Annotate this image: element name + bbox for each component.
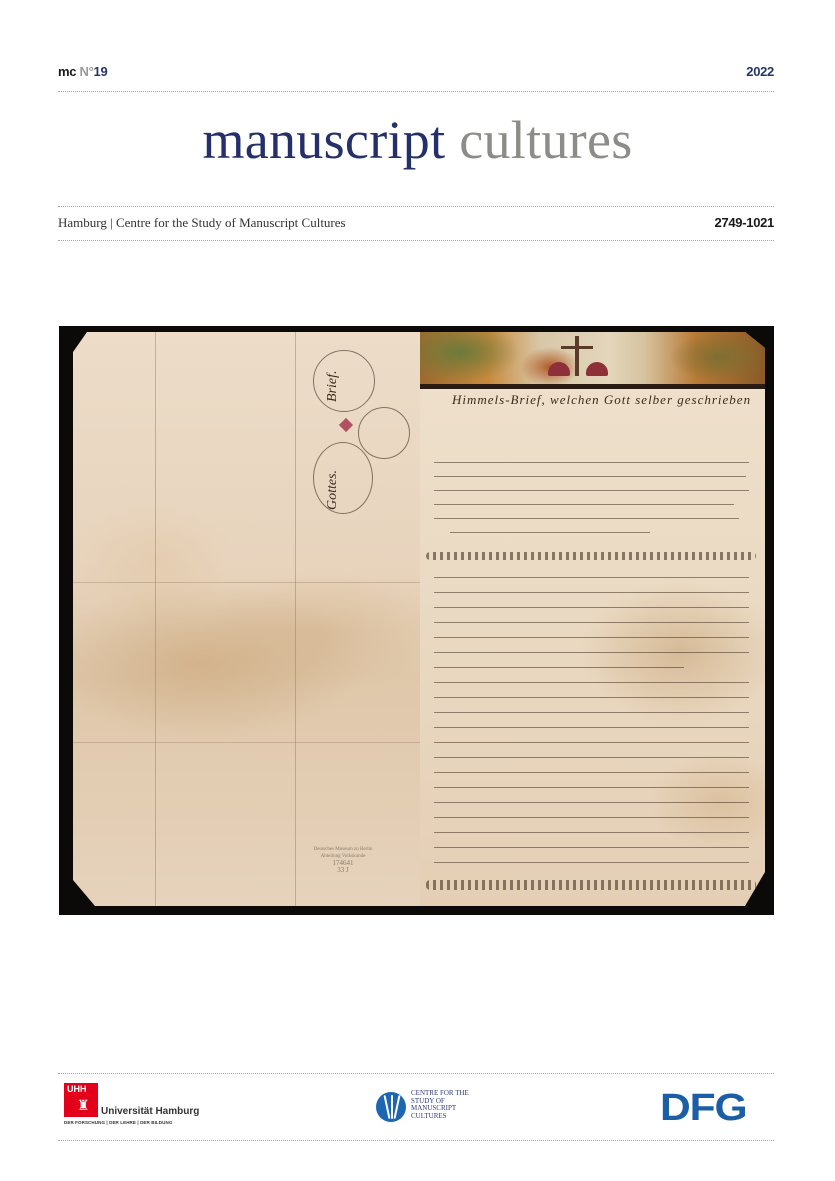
calligraphy-brief: Brief. xyxy=(325,371,341,403)
script-line xyxy=(434,847,749,848)
series-prefix: mc xyxy=(58,64,76,79)
universitat-hamburg-logo: UHH ♜ Universität Hamburg DER FORSCHUNG … xyxy=(64,1083,214,1129)
uhh-name: Universität Hamburg xyxy=(101,1106,199,1117)
manuscript-left-leaf: Gottes. Brief. Deutsches Museum zu Berli… xyxy=(73,332,423,906)
quill-icon xyxy=(391,1095,393,1119)
kneeling-figure-icon xyxy=(548,362,570,376)
calligraphy-gottes: Gottes. xyxy=(325,470,341,510)
script-line xyxy=(434,682,749,683)
script-line xyxy=(434,817,749,818)
script-line xyxy=(434,577,749,578)
script-line xyxy=(434,462,749,463)
script-line xyxy=(434,637,749,638)
cross-icon xyxy=(575,336,579,376)
cover-image-manuscript: Gottes. Brief. Deutsches Museum zu Berli… xyxy=(59,326,774,915)
script-line xyxy=(434,607,749,608)
calligraphic-flourish-icon xyxy=(313,350,375,412)
fold-line xyxy=(295,332,296,906)
quill-pens-icon xyxy=(376,1092,406,1122)
issue-number: 19 xyxy=(94,64,108,79)
manuscript-heading: Himmels-Brief, welchen Gott selber gesch… xyxy=(452,392,751,408)
script-line xyxy=(434,652,749,653)
fold-line xyxy=(73,582,423,583)
uhh-tagline: DER FORSCHUNG | DER LEHRE | DER BILDUNG xyxy=(64,1120,172,1125)
script-line xyxy=(434,772,749,773)
stamp-line: Deutsches Museum zu Berlin xyxy=(298,846,388,853)
castle-icon: ♜ xyxy=(77,1098,90,1112)
uhh-red-box: UHH ♜ xyxy=(64,1083,98,1117)
script-line xyxy=(434,742,749,743)
divider xyxy=(58,240,774,241)
year-label: 2022 xyxy=(746,64,774,79)
publisher-line: Hamburg | Centre for the Study of Manusc… xyxy=(58,215,346,231)
script-line xyxy=(450,532,650,533)
script-line xyxy=(434,757,749,758)
red-flower-ornament-icon xyxy=(339,418,353,432)
calligraphic-flourish-icon xyxy=(313,442,373,514)
manuscript-right-leaf: Himmels-Brief, welchen Gott selber gesch… xyxy=(420,332,765,906)
kneeling-figure-icon xyxy=(586,362,608,376)
stamp-line: 33 J xyxy=(298,867,388,874)
museum-stamp: Deutsches Museum zu Berlin Abteilung Vol… xyxy=(298,846,388,874)
divider xyxy=(58,1073,774,1074)
title-word-cultures: cultures xyxy=(459,110,632,170)
script-line xyxy=(434,802,749,803)
issn-label: 2749-1021 xyxy=(715,215,774,230)
uhh-box-text: UHH xyxy=(67,1084,87,1094)
script-line xyxy=(434,518,739,519)
script-line xyxy=(434,504,734,505)
script-line xyxy=(434,862,749,863)
divider xyxy=(58,1140,774,1141)
painted-illustration-band xyxy=(420,332,765,389)
journal-title: manuscript cultures xyxy=(0,108,835,172)
csmc-logo: CENTRE FOR THE STUDY OF MANUSCRIPT CULTU… xyxy=(376,1088,496,1128)
divider xyxy=(58,206,774,207)
script-line xyxy=(434,712,749,713)
issue-label: mc N°19 xyxy=(58,64,107,79)
quill-icon xyxy=(394,1095,401,1119)
script-line xyxy=(434,832,749,833)
wavy-divider xyxy=(426,880,756,890)
script-line xyxy=(434,787,749,788)
dfg-logo: DFG xyxy=(660,1088,746,1128)
quill-icon xyxy=(384,1095,391,1119)
issue-symbol: N° xyxy=(80,64,94,79)
title-word-manuscript: manuscript xyxy=(202,110,445,170)
divider xyxy=(58,91,774,92)
script-line xyxy=(434,727,749,728)
script-line xyxy=(434,490,749,491)
script-line xyxy=(434,476,746,477)
wavy-divider xyxy=(426,552,756,560)
script-line xyxy=(434,592,749,593)
calligraphic-flourish-icon xyxy=(358,407,410,459)
fold-line xyxy=(73,742,423,743)
csmc-name: CENTRE FOR THE STUDY OF MANUSCRIPT CULTU… xyxy=(411,1090,469,1120)
fold-line xyxy=(155,332,156,906)
script-line xyxy=(434,667,684,668)
cross-bar-icon xyxy=(561,346,593,349)
script-line xyxy=(434,622,749,623)
script-line xyxy=(434,697,749,698)
